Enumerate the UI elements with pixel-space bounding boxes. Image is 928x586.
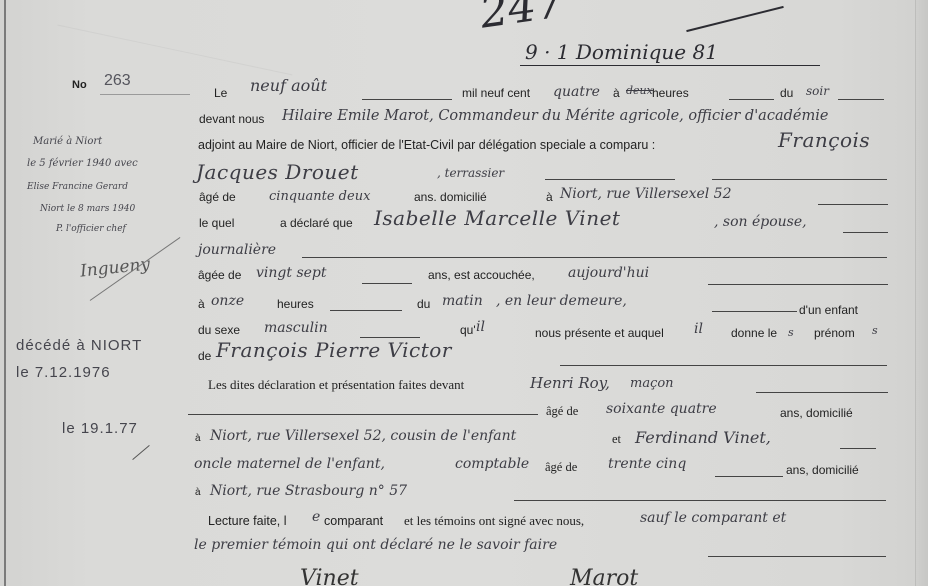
printed-text: du sexe [198,323,240,337]
margin-marriage-line-5: P. l'officier chef [56,224,126,234]
printed-text: nous présente et auquel [535,326,664,340]
printed-text: Les dites déclaration et présentation fa… [208,377,464,393]
rule [838,99,884,100]
rule [188,414,538,415]
printed-text: à [195,487,201,498]
entry-number-label: No [72,79,87,91]
rule [362,283,412,284]
printed-text: à [195,433,201,444]
printed-text: ans, domicilié [780,406,853,420]
margin-death-note: décédé à NIORT [16,337,142,354]
printed-text: à [198,297,205,311]
rule [756,392,888,393]
margin-strike [132,445,149,460]
handwritten-witness1-age: soixante quatre [606,401,717,417]
rule [843,232,888,233]
printed-text: adjoint au Maire de Niort, officier de l… [198,138,655,152]
printed-text: de [198,349,211,363]
margin-death-date: le 7.12.1976 [16,364,111,381]
binding-line [4,0,6,586]
rule [330,310,402,311]
handwritten-hour: deux [626,84,653,97]
printed-text: devant nous [199,112,264,126]
handwritten-declarant-firstname: François [778,128,870,152]
printed-text: âgé de [546,404,578,419]
printed-text: d'un enfant [799,303,858,317]
margin-signature: Ingueny [79,254,151,281]
margin-marriage-line-2: le 5 février 1940 avec [27,158,138,169]
signature-witness: Vinet [300,566,359,586]
printed-text: prénom [814,326,855,340]
printed-text: ans, est accouchée, [428,268,535,282]
handwritten-witness2-relation: oncle maternel de l'enfant, [194,456,385,472]
handwritten-occupation: , terrassier [437,166,504,180]
rule [560,365,887,366]
printed-text: Lecture faite, l [208,514,287,528]
rule [100,94,190,95]
handwritten-birthplace: , en leur demeure, [496,293,627,309]
handwritten-period: matin [442,293,483,309]
handwritten-pronoun: il [694,321,703,337]
handwritten-plural: s [788,326,794,339]
margin-marriage-line-1: Marié à Niort [33,136,102,147]
printed-text: âgé de [199,190,236,204]
entry-number: 263 [104,72,131,90]
printed-text: ans. domicilié [414,190,487,204]
rule [514,500,886,501]
faint-stamp [57,0,302,75]
handwritten-declarant-age: cinquante deux [269,189,370,204]
handwritten-period: soir [806,84,829,98]
rule [545,179,675,180]
printed-text: ans, domicilié [786,463,859,477]
printed-text: mil neuf cent [462,86,530,100]
printed-text: donne le [731,326,777,340]
rule [729,99,774,100]
handwritten-year: quatre [553,84,600,100]
rule [362,99,452,100]
printed-text: à [546,190,553,204]
printed-text: heures [652,86,689,100]
handwritten-mother-name: Isabelle Marcelle Vinet [374,206,620,230]
top-annotation-scrawl: 247 [477,0,567,39]
handwritten-witness2-name: Ferdinand Vinet, [635,428,771,447]
printed-text: âgée de [198,268,241,282]
printed-text: comparant [324,514,383,528]
handwritten-witness1-name: Henri Roy, [530,374,610,392]
printed-text: âgé de [545,460,577,475]
rule [712,311,797,312]
printed-text: a déclaré que [280,216,353,230]
printed-text: à [613,86,620,100]
handwritten-date: neuf août [250,76,327,95]
handwritten-officer: Hilaire Emile Marot, Commandeur du Mérit… [282,108,828,124]
signature-officer: Marot [570,566,638,586]
handwritten-plural: s [872,324,878,337]
handwritten-exception: sauf le comparant et [640,510,786,526]
handwritten-mother-age: vingt sept [256,265,327,281]
printed-text: Le [214,86,227,100]
handwritten-pronoun: il [476,319,485,335]
printed-text: heures [277,297,314,311]
printed-text: du [780,86,793,100]
mention-underline [520,65,820,66]
handwritten-mother-occupation: journalière [198,242,276,258]
rule [302,257,887,258]
rule [712,179,887,180]
handwritten-witness2-occupation: comptable [455,456,529,472]
printed-text: et les témoins ont signé avec nous, [404,513,584,529]
margin-marriage-line-4: Niort le 8 mars 1940 [40,204,135,214]
rule [818,204,888,205]
margin-registered-note: le 19.1.77 [62,420,138,437]
margin-marriage-line-3: Elise Francine Gerard [27,182,128,192]
handwritten-exception-continued: le premier témoin qui ont déclaré ne le … [194,537,557,553]
printed-text: et [612,432,621,447]
rule [715,476,783,477]
handwritten-sex: masculin [264,320,328,336]
register-page: 247 9 · 1 Dominique 81 No 263 Marié à Ni… [0,0,928,586]
handwritten-witness1-occupation: maçon [630,376,674,391]
handwritten-witness1-address: Niort, rue Villersexel 52, cousin de l'e… [210,428,516,444]
handwritten-declarant-name: Jacques Drouet [196,160,359,184]
handwritten-birth-day: aujourd'hui [568,265,649,281]
flourish [686,6,784,32]
rule [708,284,888,285]
rule [708,556,886,557]
handwritten-article: e [312,509,320,525]
printed-text: qu' [460,323,476,337]
handwritten-address: Niort, rue Villersexel 52 [560,186,732,202]
rule [840,448,876,449]
top-annotation-mention: 9 · 1 Dominique 81 [525,40,718,64]
page-edge [915,0,928,586]
handwritten-child-name: François Pierre Victor [216,338,452,362]
handwritten-relation: , son épouse, [714,214,807,230]
handwritten-birth-hour: onze [211,293,244,309]
handwritten-witness2-address: Niort, rue Strasbourg n° 57 [210,483,407,499]
handwritten-witness2-age: trente cinq [608,456,686,472]
printed-text: le quel [199,216,234,230]
printed-text: du [417,297,430,311]
